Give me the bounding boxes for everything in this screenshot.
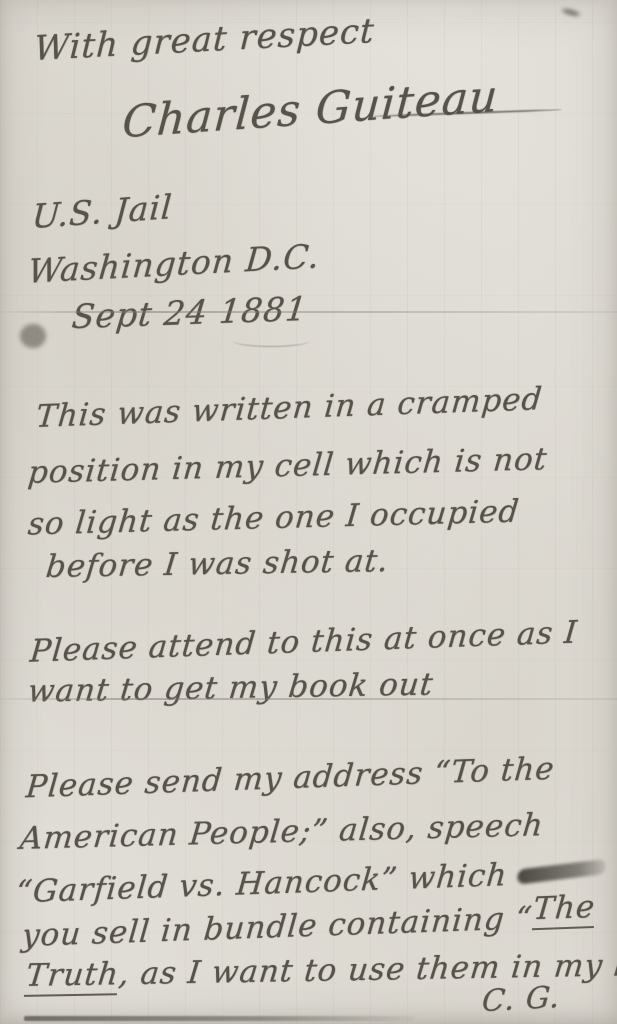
- address-line-city: Washington D.C.: [26, 236, 321, 291]
- underlined-title-the: The: [531, 889, 596, 930]
- para1-line2: position in my cell which is not: [26, 441, 549, 491]
- fold-line-upper: [0, 311, 617, 313]
- page-bottom-edge-shadow: [24, 1016, 414, 1021]
- fold-line-lower: [0, 698, 617, 700]
- para2-line1: Please attend to this at once as I: [29, 614, 579, 669]
- ink-mark-top-right: [562, 8, 581, 17]
- date-flourish: [232, 334, 310, 347]
- address-line-jail: U.S. Jail: [31, 187, 174, 236]
- underlined-title-truth: Truth: [24, 956, 121, 997]
- initials: C. G.: [481, 980, 562, 1019]
- para1-line4: before I was shot at.: [44, 543, 391, 585]
- para3-line1: Please send my address “To the: [25, 751, 557, 806]
- letter-page: With great respect Charles Guiteau U.S. …: [0, 0, 617, 1024]
- para3-line2: American People;” also, speech: [18, 807, 545, 857]
- signature: Charles Guiteau: [121, 71, 500, 149]
- para2-line2: want to get my book out: [26, 666, 435, 709]
- scribbled-out-word: [517, 859, 605, 885]
- para3-line4-text: you sell in bundle containing “: [21, 900, 534, 954]
- smudge-stain-left: [20, 324, 46, 348]
- closing-line: With great respect: [33, 11, 376, 69]
- para1-line1: This was written in a cramped: [35, 381, 544, 435]
- para3-line3-text: “Garfield vs. Hancock” which: [15, 857, 509, 910]
- para1-line3: so light as the one I occupied: [26, 494, 521, 543]
